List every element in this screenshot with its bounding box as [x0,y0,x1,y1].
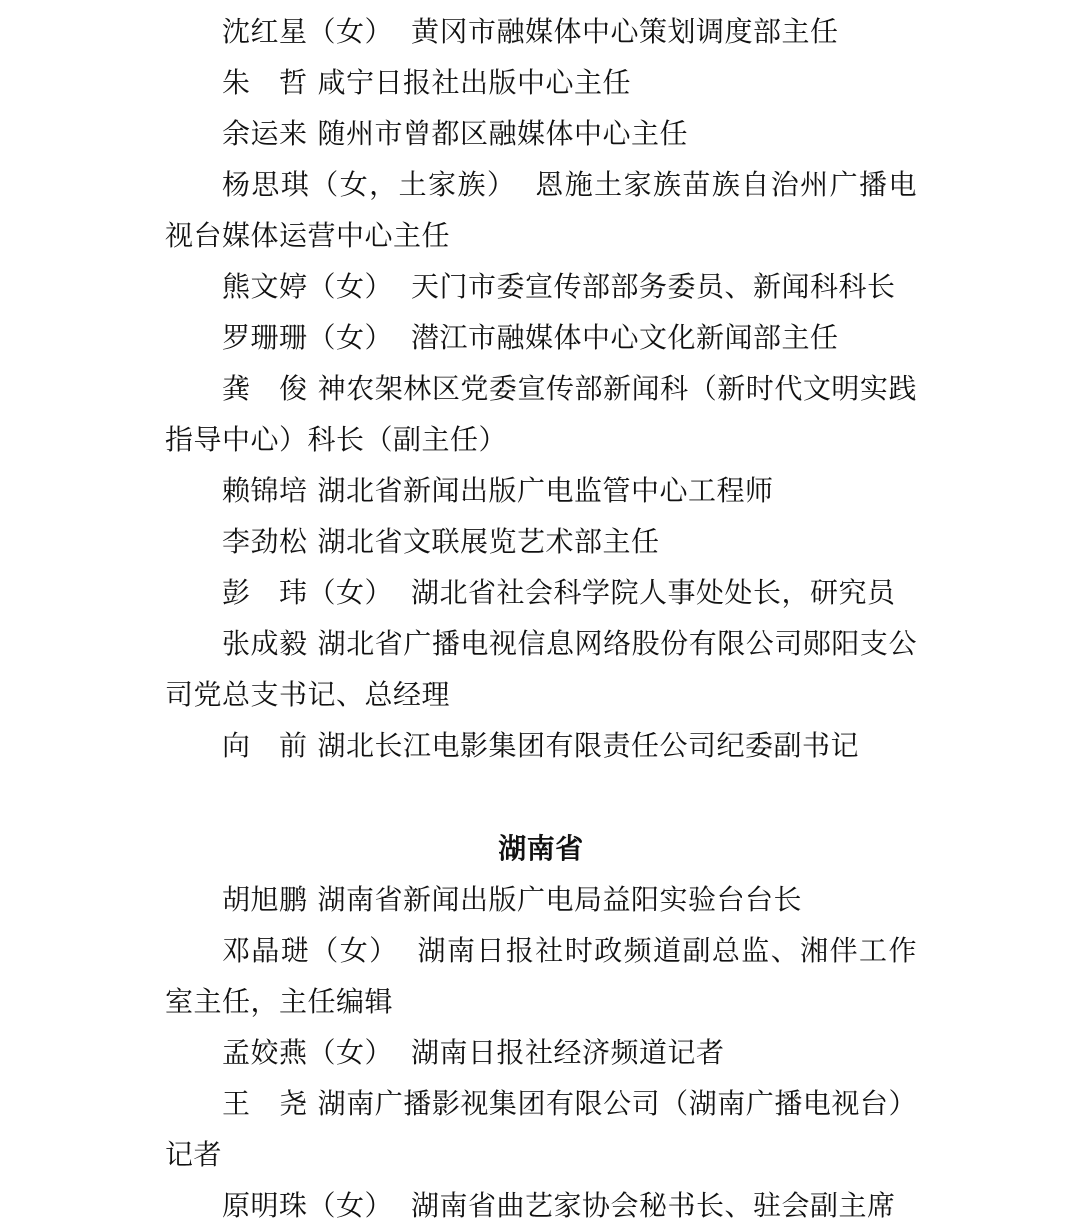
person-name: 罗珊珊（女） [222,321,393,354]
person-name: 赖锦培 [222,474,308,507]
section-hunan: 湖南省 胡旭鹏湖南省新闻出版广电局益阳实验台台长 邓晶琎（女）湖南日报社时政频道… [165,823,917,1227]
person-position: 湖南省新闻出版广电局益阳实验台台长 [318,883,803,916]
list-item: 张成毅湖北省广播电视信息网络股份有限公司郧阳支公司党总支书记、总经理 [165,618,917,720]
person-position: 湖南省曲艺家协会秘书长、驻会副主席 [411,1189,896,1222]
section-spacer [165,771,917,823]
list-item: 罗珊珊（女）潜江市融媒体中心文化新闻部主任 [165,312,917,363]
person-position: 湖北省社会科学院人事处处长，研究员 [411,576,896,609]
person-position: 湖北省新闻出版广电监管中心工程师 [318,474,774,507]
list-item: 邓晶琎（女）湖南日报社时政频道副总监、湘伴工作室主任，主任编辑 [165,925,917,1027]
list-item: 朱 哲咸宁日报社出版中心主任 [165,57,917,108]
list-item: 杨思琪（女，土家族）恩施土家族苗族自治州广播电视台媒体运营中心主任 [165,159,917,261]
list-item: 孟姣燕（女）湖南日报社经济频道记者 [165,1027,917,1078]
list-item: 龚 俊神农架林区党委宣传部新闻科（新时代文明实践指导中心）科长（副主任） [165,363,917,465]
list-item: 彭 玮（女）湖北省社会科学院人事处处长，研究员 [165,567,917,618]
person-position: 随州市曾都区融媒体中心主任 [318,117,689,150]
list-item: 王 尧湖南广播影视集团有限公司（湖南广播电视台）记者 [165,1078,917,1180]
person-position: 湖北省文联展览艺术部主任 [318,525,660,558]
list-item: 李劲松湖北省文联展览艺术部主任 [165,516,917,567]
person-position: 天门市委宣传部部务委员、新闻科科长 [411,270,896,303]
person-position: 黄冈市融媒体中心策划调度部主任 [411,15,839,48]
list-item: 余运来随州市曾都区融媒体中心主任 [165,108,917,159]
document-body: 沈红星（女）黄冈市融媒体中心策划调度部主任 朱 哲咸宁日报社出版中心主任 余运来… [165,6,917,1227]
person-name: 胡旭鹏 [222,883,308,916]
person-position: 潜江市融媒体中心文化新闻部主任 [411,321,839,354]
list-item: 熊文婷（女）天门市委宣传部部务委员、新闻科科长 [165,261,917,312]
person-name: 向 前 [222,729,308,762]
person-position: 湖北长江电影集团有限责任公司纪委副书记 [318,729,860,762]
person-position: 湖南日报社经济频道记者 [411,1036,725,1069]
list-item: 原明珠（女）湖南省曲艺家协会秘书长、驻会副主席 [165,1180,917,1227]
person-name: 李劲松 [222,525,308,558]
person-name: 龚 俊 [222,372,308,405]
person-name: 原明珠（女） [222,1189,393,1222]
person-name: 杨思琪（女，土家族） [222,168,516,201]
list-item: 胡旭鹏湖南省新闻出版广电局益阳实验台台长 [165,874,917,925]
person-name: 邓晶琎（女） [222,934,399,967]
person-name: 彭 玮（女） [222,576,393,609]
person-name: 张成毅 [222,627,308,660]
person-name: 熊文婷（女） [222,270,393,303]
list-item: 赖锦培湖北省新闻出版广电监管中心工程师 [165,465,917,516]
person-name: 王 尧 [222,1087,308,1120]
person-name: 孟姣燕（女） [222,1036,393,1069]
list-item: 向 前湖北长江电影集团有限责任公司纪委副书记 [165,720,917,771]
section-title: 湖南省 [165,823,917,874]
list-item: 沈红星（女）黄冈市融媒体中心策划调度部主任 [165,6,917,57]
person-position: 咸宁日报社出版中心主任 [318,66,632,99]
section-hubei-continued: 沈红星（女）黄冈市融媒体中心策划调度部主任 朱 哲咸宁日报社出版中心主任 余运来… [165,6,917,771]
person-name: 沈红星（女） [222,15,393,48]
person-name: 朱 哲 [222,66,308,99]
person-name: 余运来 [222,117,308,150]
